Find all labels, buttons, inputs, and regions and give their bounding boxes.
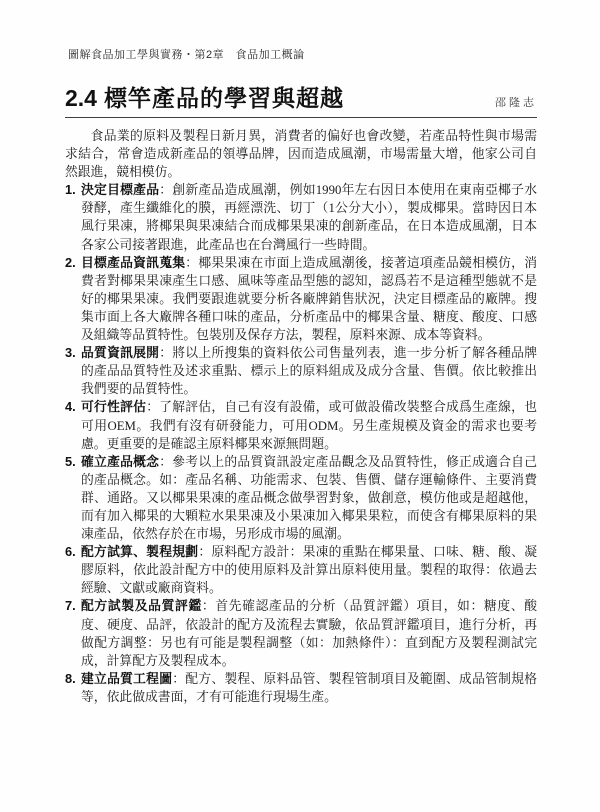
step-item-3: 3.品質資訊展開：將以上所搜集的資料依公司售量列表，進一步分析了解各種品牌的產品… xyxy=(65,344,537,398)
step-number: 6. xyxy=(65,543,76,561)
step-text: ：了解評估，自己有沒有設備，或可做設備改裝整合成爲生產線，也可用OEM。我們有沒… xyxy=(81,400,537,450)
step-number: 5. xyxy=(65,453,76,471)
step-item-4: 4.可行性評估：了解評估，自己有沒有設備，或可做設備改裝整合成爲生產線，也可用O… xyxy=(65,398,537,452)
running-head: 圖解食品加工學與實務・第2章 食品加工概論 xyxy=(68,46,305,62)
step-heading: 配方試算、製程規劃 xyxy=(81,544,198,559)
step-number: 7. xyxy=(65,597,76,615)
step-number: 1. xyxy=(65,181,76,199)
step-item-5: 5.確立產品概念：參考以上的品質資訊設定產品觀念及品質特性，修正成適合自己的產品… xyxy=(65,453,537,543)
step-heading: 品質資訊展開 xyxy=(81,345,159,360)
intro-paragraph: 食品業的原料及製程日新月異，消費者的偏好也會改變，若產品特性與市場需求結合，常會… xyxy=(65,127,537,181)
step-heading: 決定目標產品 xyxy=(81,182,159,197)
step-item-8: 8.建立品質工程圖：配方、製程、原料品管、製程管制項目及範圍、成品管制規格等，依… xyxy=(65,670,537,706)
step-heading: 建立品質工程圖 xyxy=(81,671,172,686)
section-title-row: 2.4標竿產品的學習與超越 邵隆志 xyxy=(65,80,537,113)
step-number: 3. xyxy=(65,344,76,362)
step-heading: 目標產品資訊蒐集 xyxy=(81,255,185,270)
title-rule xyxy=(65,117,537,118)
section-title-text: 標竿產品的學習與超越 xyxy=(104,85,344,111)
step-item-1: 1.決定目標產品：創新產品造成風潮，例如1990年左右因日本使用在東南亞椰子水發… xyxy=(65,181,537,253)
step-item-7: 7.配方試製及品質評鑑：首先確認產品的分析（品質評鑑）項目，如：糖度、酸度、硬度… xyxy=(65,597,537,669)
step-number: 2. xyxy=(65,254,76,272)
step-heading: 配方試製及品質評鑑 xyxy=(81,598,202,613)
step-heading: 可行性評估 xyxy=(81,399,146,414)
page-content: 食品業的原料及製程日新月異，消費者的偏好也會改變，若產品特性與市場需求結合，常會… xyxy=(65,127,537,706)
steps-list: 1.決定目標產品：創新產品造成風潮，例如1990年左右因日本使用在東南亞椰子水發… xyxy=(65,181,537,706)
step-number: 8. xyxy=(65,670,76,688)
book-page: 圖解食品加工學與實務・第2章 食品加工概論 2.4標竿產品的學習與超越 邵隆志 … xyxy=(0,0,600,812)
step-item-2: 2.目標產品資訊蒐集：椰果果凍在市面上造成風潮後，接著這項產品競相模仿，消費者對… xyxy=(65,254,537,344)
section-number: 2.4 xyxy=(65,85,97,111)
section-title: 2.4標竿產品的學習與超越 xyxy=(65,80,344,113)
step-heading: 確立產品概念 xyxy=(81,454,159,469)
step-item-6: 6.配方試算、製程規劃：原料配方設計：果凍的重點在椰果量、口味、糖、酸、凝膠原料… xyxy=(65,543,537,597)
author-name: 邵隆志 xyxy=(495,94,537,110)
step-number: 4. xyxy=(65,398,76,416)
